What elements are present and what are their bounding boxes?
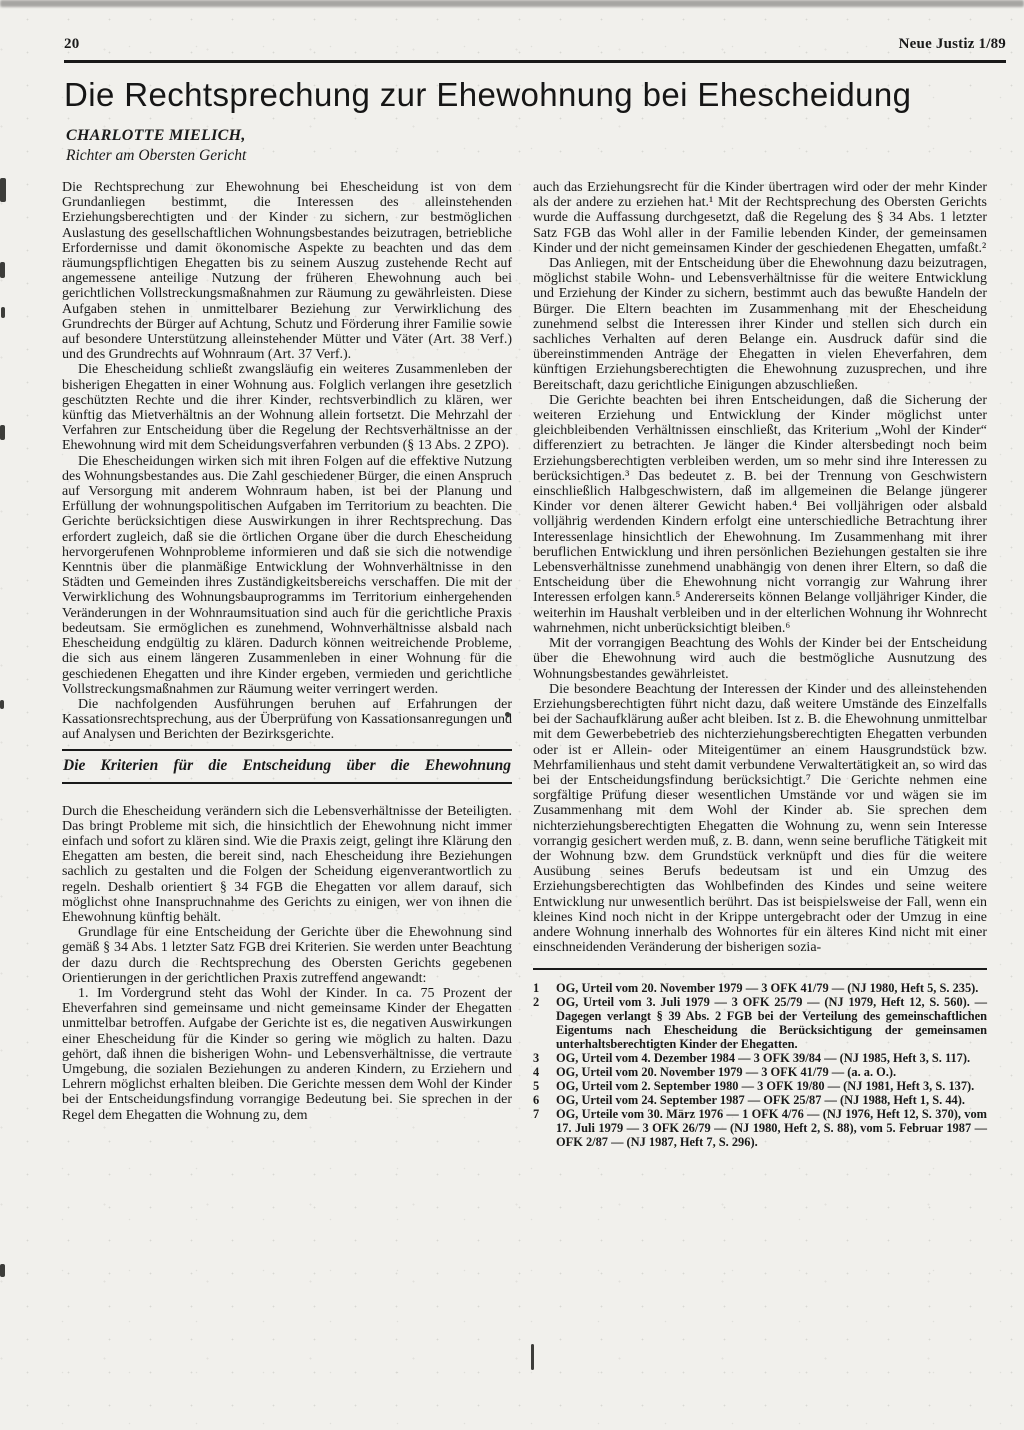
author-role: Richter am Obersten Gericht bbox=[66, 147, 246, 165]
paragraph: Das Anliegen, mit der Entscheidung über … bbox=[533, 256, 987, 393]
paragraph: Die Rechtsprechung zur Ehewohnung bei Eh… bbox=[62, 180, 512, 362]
scan-artifact bbox=[0, 1264, 5, 1277]
scan-artifact bbox=[0, 425, 5, 440]
section-heading: Die Kriterien für die Entscheidung über … bbox=[62, 749, 512, 784]
article-title: Die Rechtsprechung zur Ehewohnung bei Eh… bbox=[64, 76, 964, 114]
footnote-text: OG, Urteil vom 20. November 1979 — 3 OFK… bbox=[545, 981, 987, 995]
scan-artifact bbox=[0, 178, 6, 202]
footnote: 1 OG, Urteil vom 20. November 1979 — 3 O… bbox=[533, 981, 987, 995]
footnote: 5 OG, Urteil vom 2. September 1980 — 3 O… bbox=[533, 1079, 987, 1093]
footnote-text: OG, Urteil vom 24. September 1987 — OFK … bbox=[545, 1093, 987, 1107]
paragraph: Die Ehescheidungen wirken sich mit ihren… bbox=[62, 454, 512, 697]
paragraph: Grundlage für eine Entscheidung der Geri… bbox=[62, 925, 512, 986]
running-head: 20 Neue Justiz 1/89 bbox=[64, 36, 1006, 53]
footnote-text: OG, Urteil vom 20. November 1979 — 3 OFK… bbox=[545, 1065, 987, 1079]
scan-artifact bbox=[505, 712, 510, 717]
footnote-marker: 4 bbox=[533, 1065, 545, 1079]
page-number: 20 bbox=[64, 36, 79, 53]
footnote-text: OG, Urteil vom 3. Juli 1979 — 3 OFK 25/7… bbox=[545, 995, 987, 1051]
paragraph: 1. Im Vordergrund steht das Wohl der Kin… bbox=[62, 986, 512, 1123]
header-rule bbox=[64, 60, 1006, 63]
paragraph: Durch die Ehescheidung verändern sich di… bbox=[62, 804, 512, 926]
scan-artifact bbox=[1, 307, 5, 318]
paragraph: auch das Erziehungsrecht für die Kinder … bbox=[533, 180, 987, 256]
right-column: auch das Erziehungsrecht für die Kinder … bbox=[533, 180, 987, 1149]
footnote-text: OG, Urteil vom 4. Dezember 1984 — 3 OFK … bbox=[545, 1051, 987, 1065]
paragraph: Die besondere Beachtung der Interessen d… bbox=[533, 682, 987, 956]
footnote-marker: 7 bbox=[533, 1107, 545, 1149]
footnote-marker: 5 bbox=[533, 1079, 545, 1093]
paragraph: Die Ehescheidung schließt zwangsläufig e… bbox=[62, 362, 512, 453]
footnote: 3 OG, Urteil vom 4. Dezember 1984 — 3 OF… bbox=[533, 1051, 987, 1065]
footnote: 7 OG, Urteile vom 30. März 1976 — 1 OFK … bbox=[533, 1107, 987, 1149]
scan-artifact bbox=[0, 700, 4, 709]
scan-artifact bbox=[0, 262, 5, 278]
journal-title: Neue Justiz 1/89 bbox=[899, 36, 1006, 53]
author-block: CHARLOTTE MIELICH, Richter am Obersten G… bbox=[66, 127, 246, 165]
footnote: 4 OG, Urteil vom 20. November 1979 — 3 O… bbox=[533, 1065, 987, 1079]
paragraph: Die Gerichte beachten bei ihren Entschei… bbox=[533, 393, 987, 636]
footnote-text: OG, Urteil vom 2. September 1980 — 3 OFK… bbox=[545, 1079, 987, 1093]
author-name: CHARLOTTE MIELICH, bbox=[66, 127, 246, 145]
paragraph: Die nachfolgenden Ausführungen beruhen a… bbox=[62, 697, 512, 743]
footnotes: 1 OG, Urteil vom 20. November 1979 — 3 O… bbox=[533, 981, 987, 1149]
journal-page: 20 Neue Justiz 1/89 Die Rechtsprechung z… bbox=[0, 0, 1024, 1430]
footnote-marker: 3 bbox=[533, 1051, 545, 1065]
scan-artifact bbox=[0, 0, 1024, 7]
footnote-marker: 6 bbox=[533, 1093, 545, 1107]
footnote: 6 OG, Urteil vom 24. September 1987 — OF… bbox=[533, 1093, 987, 1107]
scan-artifact bbox=[531, 1344, 534, 1370]
article-body: Die Rechtsprechung zur Ehewohnung bei Eh… bbox=[62, 180, 987, 1149]
paragraph: Mit der vorrangigen Beachtung des Wohls … bbox=[533, 636, 987, 682]
footnote-marker: 1 bbox=[533, 981, 545, 995]
footnote-rule bbox=[533, 968, 987, 970]
left-column: Die Rechtsprechung zur Ehewohnung bei Eh… bbox=[62, 180, 512, 1149]
footnote-text: OG, Urteile vom 30. März 1976 — 1 OFK 4/… bbox=[545, 1107, 987, 1149]
footnote: 2 OG, Urteil vom 3. Juli 1979 — 3 OFK 25… bbox=[533, 995, 987, 1051]
footnote-marker: 2 bbox=[533, 995, 545, 1051]
